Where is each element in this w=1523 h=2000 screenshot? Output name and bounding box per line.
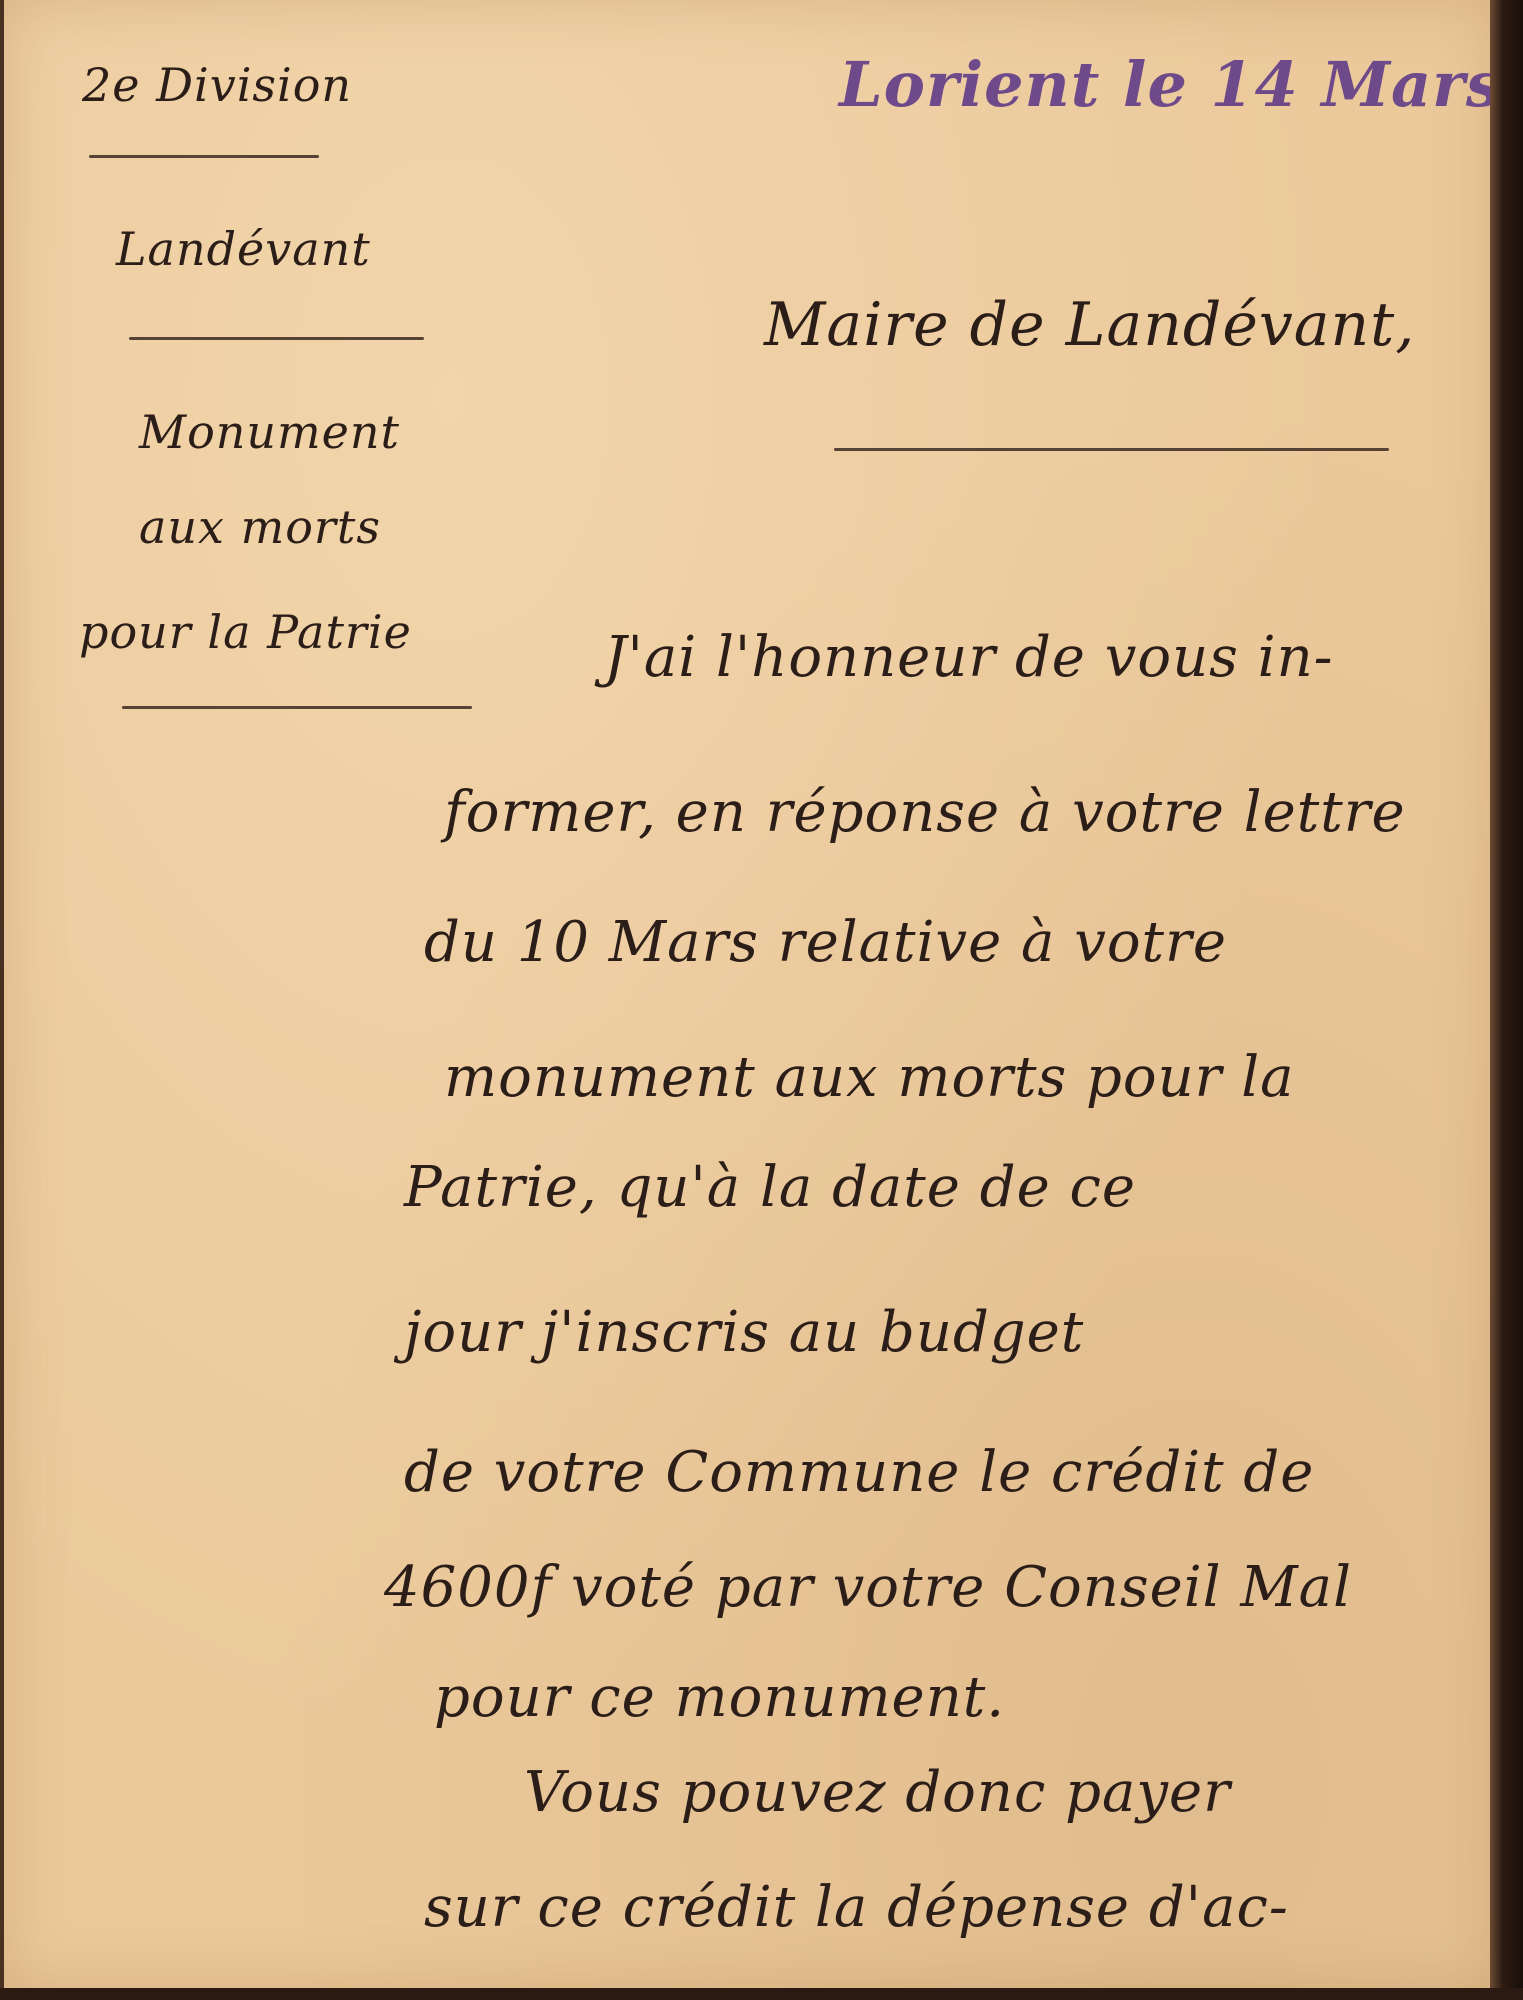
body-line: du 10 Mars relative à votre — [424, 910, 1227, 975]
body-line: pour ce monument. — [434, 1665, 1005, 1730]
body-line: de votre Commune le crédit de — [404, 1440, 1314, 1505]
page-edge-shadow — [1490, 0, 1523, 2000]
margin-divider — [89, 155, 319, 158]
division-label: 2e Division — [82, 58, 352, 112]
body-line: sur ce crédit la dépense d'ac- — [424, 1875, 1289, 1940]
margin-divider — [122, 706, 472, 709]
body-line: former, en réponse à votre lettre — [444, 780, 1406, 845]
body-line: Patrie, qu'à la date de ce — [404, 1155, 1136, 1220]
salutation: Maire de Landévant, — [764, 290, 1415, 360]
page-edge-shadow — [0, 1988, 1523, 2000]
subject-line-2: aux morts — [139, 500, 381, 554]
subject-line-1: Monument — [139, 405, 400, 459]
body-line: jour j'inscris au budget — [404, 1300, 1084, 1365]
letter-date: Lorient le 14 Mars 21 — [839, 48, 1523, 121]
margin-divider — [129, 337, 424, 340]
salutation-divider — [834, 448, 1389, 451]
body-line: 4600f voté par votre Conseil Mal — [384, 1555, 1352, 1620]
commune-label: Landévant — [116, 222, 371, 276]
body-line: monument aux morts pour la — [444, 1045, 1295, 1110]
body-line: J'ai l'honneur de vous in- — [604, 625, 1334, 690]
subject-line-3: pour la Patrie — [79, 605, 412, 659]
body-line: Vous pouvez donc payer — [524, 1760, 1231, 1825]
letter-page: 2e Division Landévant Monument aux morts… — [0, 0, 1494, 1988]
